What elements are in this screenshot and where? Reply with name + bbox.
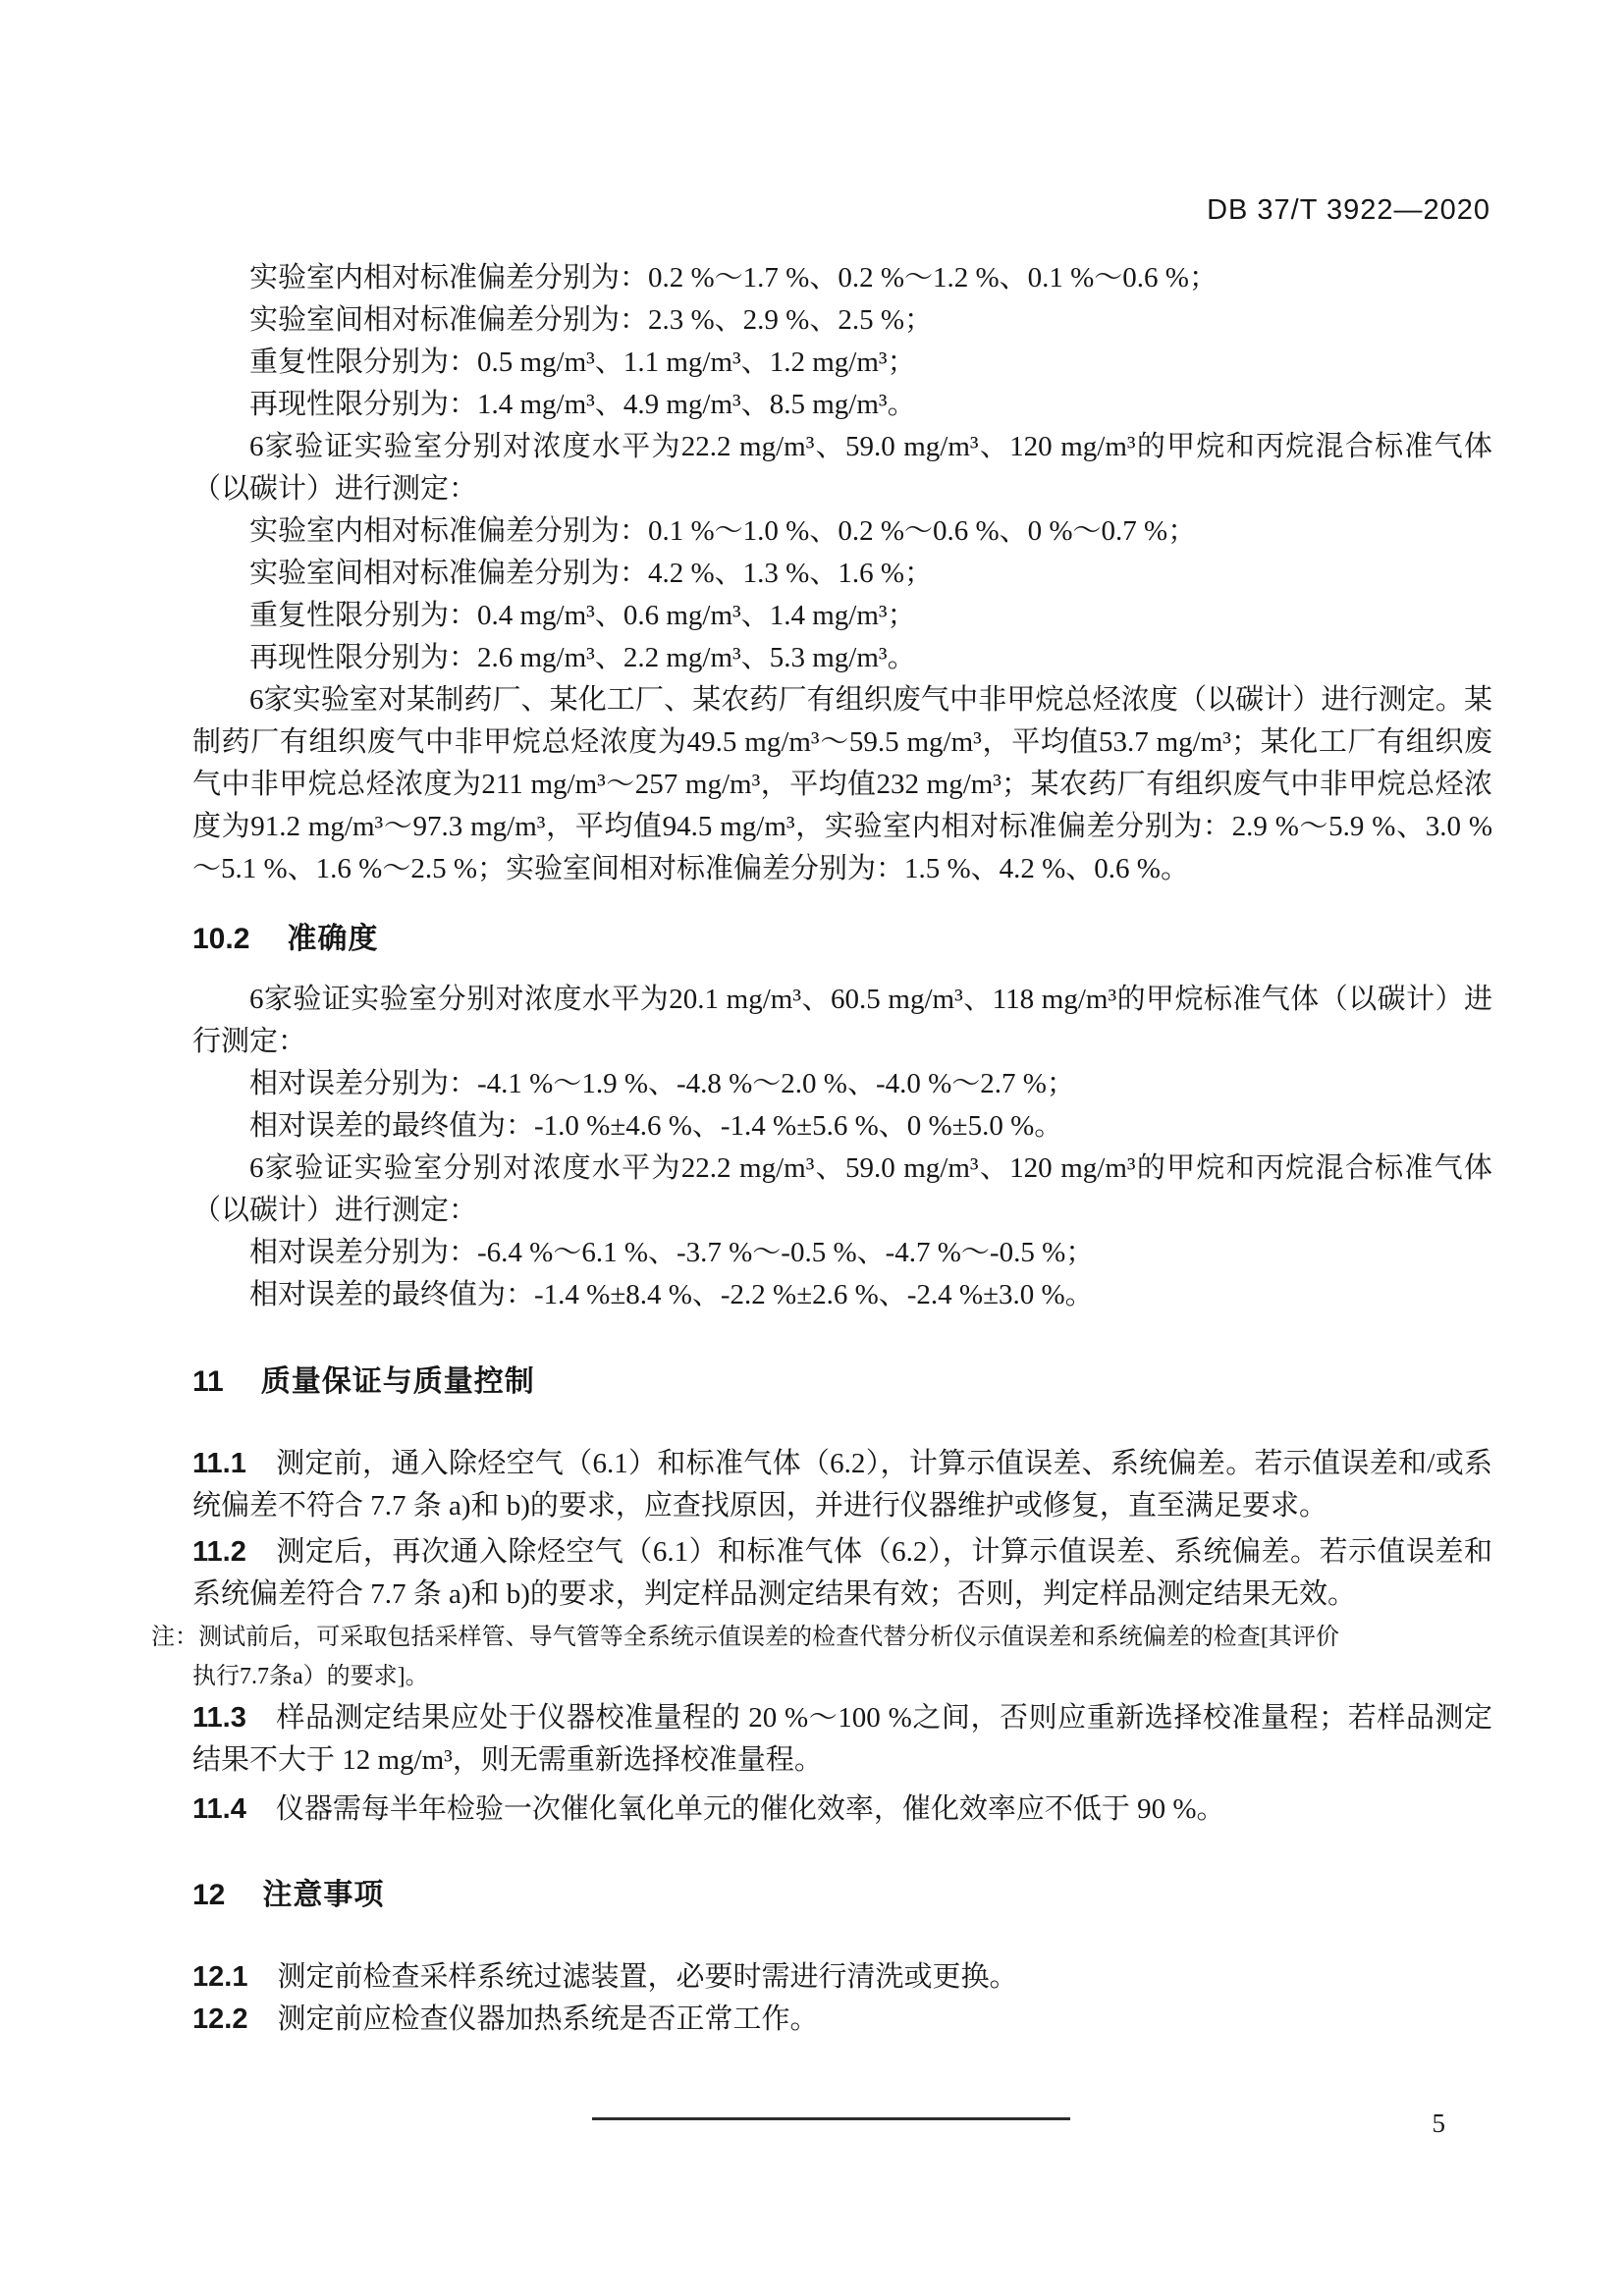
clause-paragraph: 11.4仪器需每半年检验一次催化氧化单元的催化效率，催化效率应不低于 90 %。 [192, 1789, 1492, 1831]
clause-text: 样品测定结果应处于仪器校准量程的 20 %～100 %之间，否则应重新选择校准量… [192, 1702, 1492, 1776]
stat-line: 实验室内相对标准偏差分别为：0.2 %～1.7 %、0.2 %～1.2 %、0.… [192, 257, 1492, 299]
stat-line: 相对误差的最终值为：-1.0 %±4.6 %、-1.4 %±5.6 %、0 %±… [192, 1105, 1492, 1148]
body-paragraph: 6家验证实验室分别对浓度水平为22.2 mg/m³、59.0 mg/m³、120… [192, 426, 1492, 510]
heading-title: 质量保证与质量控制 [261, 1365, 535, 1398]
document-page: DB 37/T 3922—2020 实验室内相对标准偏差分别为：0.2 %～1.… [0, 0, 1624, 2296]
stat-line: 再现性限分别为：1.4 mg/m³、4.9 mg/m³、8.5 mg/m³。 [192, 384, 1492, 426]
section-heading-qa: 11质量保证与质量控制 [192, 1361, 1492, 1403]
page-number: 5 [1433, 2107, 1446, 2140]
clause-paragraph: 11.3样品测定结果应处于仪器校准量程的 20 %～100 %之间，否则应重新选… [192, 1697, 1492, 1782]
stat-line: 重复性限分别为：0.4 mg/m³、0.6 mg/m³、1.4 mg/m³； [192, 595, 1492, 637]
stat-line: 相对误差分别为：-4.1 %～1.9 %、-4.8 %～2.0 %、-4.0 %… [192, 1063, 1492, 1105]
stat-line: 再现性限分别为：2.6 mg/m³、2.2 mg/m³、5.3 mg/m³。 [192, 637, 1492, 679]
stat-line: 实验室内相对标准偏差分别为：0.1 %～1.0 %、0.2 %～0.6 %、0 … [192, 510, 1492, 553]
clause-text: 测定前应检查仪器加热系统是否正常工作。 [277, 2003, 818, 2035]
clause-number: 12.2 [192, 1999, 247, 2041]
stat-line: 重复性限分别为：0.5 mg/m³、1.1 mg/m³、1.2 mg/m³； [192, 342, 1492, 384]
stat-line: 相对误差的最终值为：-1.4 %±8.4 %、-2.2 %±2.6 %、-2.4… [192, 1274, 1492, 1316]
clause-text: 测定前检查采样系统过滤装置，必要时需进行清洗或更换。 [277, 1961, 1017, 1993]
clause-text: 仪器需每半年检验一次催化氧化单元的催化效率，催化效率应不低于 90 %。 [276, 1793, 1225, 1825]
clause-paragraph: 11.2测定后，再次通入除烃空气（6.1）和标准气体（6.2），计算示值误差、系… [192, 1531, 1492, 1616]
clause-number: 11.2 [192, 1531, 246, 1574]
section-heading-notes: 12注意事项 [192, 1874, 1492, 1916]
clause-paragraph: 12.2测定前应检查仪器加热系统是否正常工作。 [192, 1999, 1492, 2041]
clause-paragraph: 11.1测定前，通入除烃空气（6.1）和标准气体（6.2），计算示值误差、系统偏… [192, 1443, 1492, 1527]
note-text: 测试前后，可采取包括采样管、导气管等全系统示值误差的检查代替分析仪示值误差和系统… [192, 1625, 1339, 1689]
stat-line: 实验室间相对标准偏差分别为：2.3 %、2.9 %、2.5 %； [192, 299, 1492, 342]
stat-line: 实验室间相对标准偏差分别为：4.2 %、1.3 %、1.6 %； [192, 553, 1492, 595]
clause-text: 测定前，通入除烃空气（6.1）和标准气体（6.2），计算示值误差、系统偏差。若示… [192, 1448, 1492, 1522]
body-paragraph: 6家验证实验室分别对浓度水平为20.1 mg/m³、60.5 mg/m³、118… [192, 979, 1492, 1063]
clause-number: 11.1 [192, 1443, 246, 1485]
stat-line: 相对误差分别为：-6.4 %～6.1 %、-3.7 %～-0.5 %、-4.7 … [192, 1232, 1492, 1274]
clause-number: 12.1 [192, 1956, 247, 1999]
body-paragraph: 6家实验室对某制药厂、某化工厂、某农药厂有组织废气中非甲烷总烃浓度（以碳计）进行… [192, 679, 1492, 890]
note-paragraph: 注：测试前后，可采取包括采样管、导气管等全系统示值误差的检查代替分析仪示值误差和… [192, 1618, 1339, 1696]
standard-code-header: DB 37/T 3922—2020 [1207, 194, 1490, 226]
body-paragraph: 6家验证实验室分别对浓度水平为22.2 mg/m³、59.0 mg/m³、120… [192, 1148, 1492, 1232]
clause-number: 11.4 [192, 1789, 246, 1831]
heading-title: 注意事项 [262, 1879, 384, 1911]
clause-number: 11.3 [192, 1697, 246, 1739]
end-of-text-rule [592, 2117, 1070, 2120]
clause-text: 测定后，再次通入除烃空气（6.1）和标准气体（6.2），计算示值误差、系统偏差。… [192, 1536, 1492, 1610]
heading-title: 准确度 [287, 923, 378, 955]
heading-number: 11 [192, 1361, 224, 1403]
note-label: 注： [151, 1625, 198, 1650]
heading-number: 12 [192, 1874, 225, 1916]
section-heading-accuracy: 10.2准确度 [192, 918, 1492, 960]
clause-paragraph: 12.1测定前检查采样系统过滤装置，必要时需进行清洗或更换。 [192, 1956, 1492, 1999]
document-body: 实验室内相对标准偏差分别为：0.2 %～1.7 %、0.2 %～1.2 %、0.… [192, 257, 1492, 2041]
heading-number: 10.2 [192, 918, 249, 960]
